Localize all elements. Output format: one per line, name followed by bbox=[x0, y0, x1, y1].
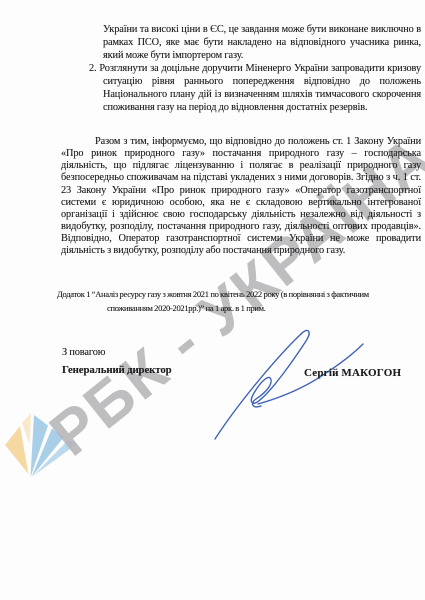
closing-salutation: З повагою bbox=[62, 347, 105, 360]
letter-content: України та високі ціни в ЄС, це завдання… bbox=[0, 0, 425, 600]
list-item-2-text: Розглянути за доцільне доручити Міненерг… bbox=[99, 63, 421, 113]
body-paragraph: Разом з тим, інформуємо, що відповідно д… bbox=[61, 136, 421, 258]
list-item-2-number: 2. bbox=[89, 63, 97, 74]
signature-ink bbox=[215, 330, 363, 439]
list-item-2: 2. Розглянути за доцільне доручити Мінен… bbox=[89, 63, 421, 115]
list-item-1-continuation: України та високі ціни в ЄС, це завдання… bbox=[103, 24, 421, 63]
signer-title: Генеральний директор bbox=[62, 364, 172, 377]
scanned-letter-page: РБК - УКРАЇНА України та високі ціни в Є… bbox=[0, 0, 425, 600]
signer-name: Сергій МАКОГОН bbox=[304, 367, 401, 380]
attachment-note: Додаток 1 “Аналіз ресурсу газу з жовтня … bbox=[57, 288, 425, 316]
